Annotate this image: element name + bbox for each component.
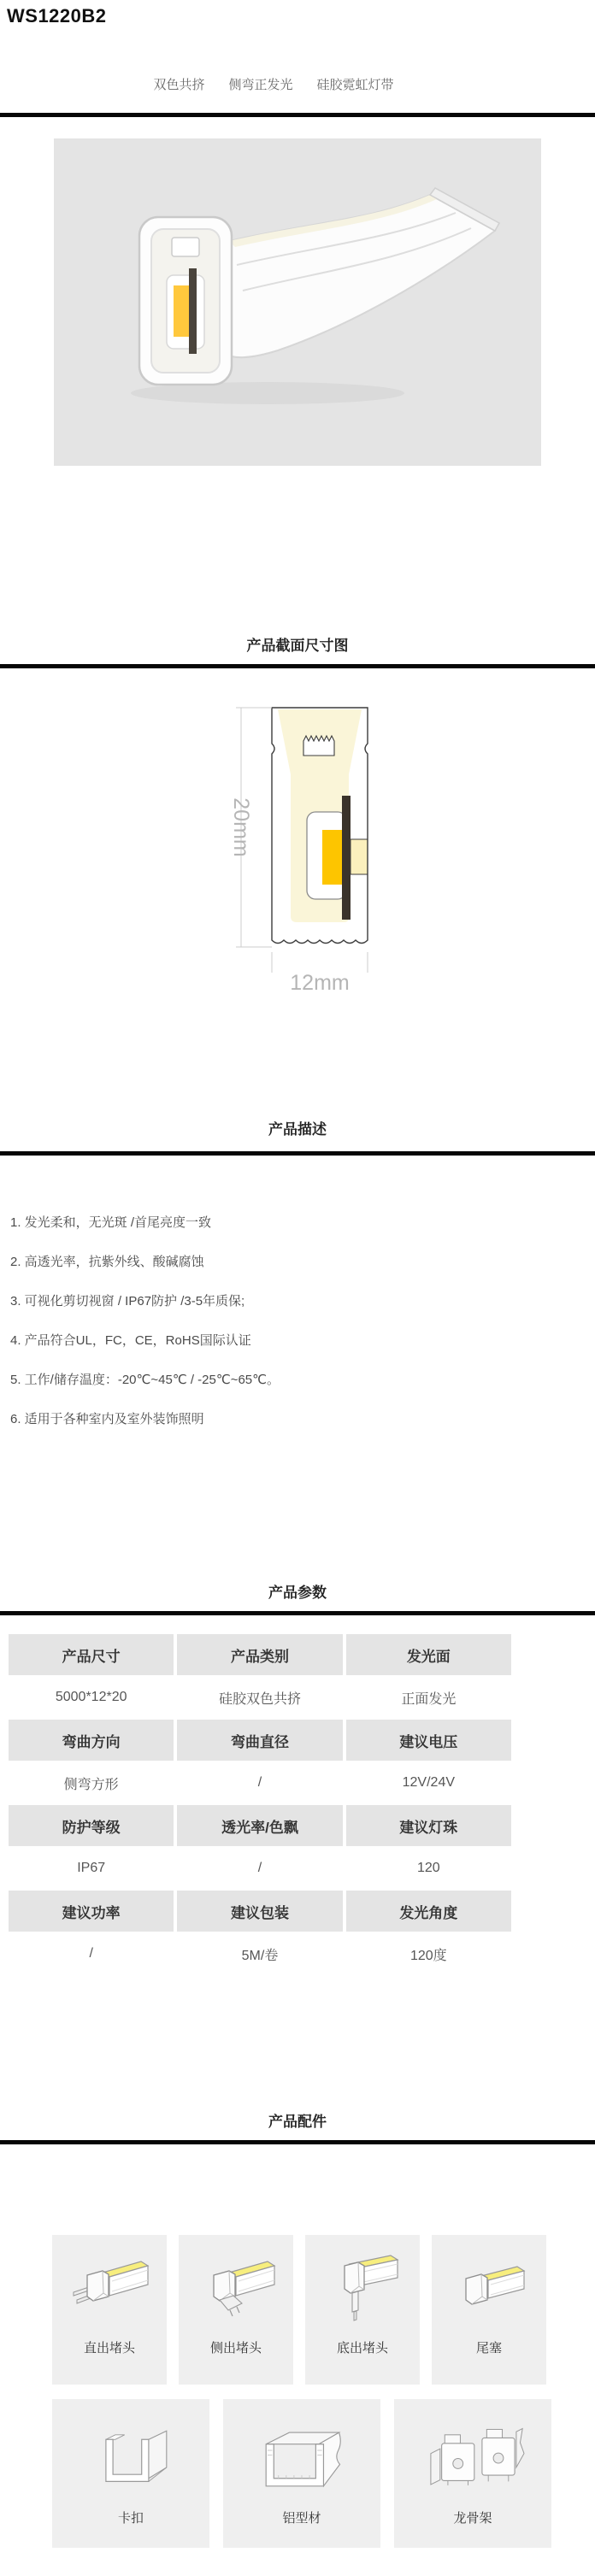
description-item: 4. 产品符合UL，FC，CE，RoHS国际认证 xyxy=(10,1321,280,1361)
accessory-label: 龙骨架 xyxy=(453,2508,492,2526)
accessories-row-1: 直出堵头 侧出堵头 底出堵头 xyxy=(52,2235,546,2385)
param-header: 发光角度 xyxy=(346,1891,511,1932)
param-value: 120度 xyxy=(346,1932,511,1976)
accessory-label: 尾塞 xyxy=(476,2338,502,2356)
height-dimension-label: 20mm xyxy=(229,797,253,856)
param-value: 120 xyxy=(346,1846,511,1891)
param-header: 发光面 xyxy=(346,1634,511,1675)
param-header: 透光率/色飘 xyxy=(177,1805,342,1846)
accessory-label: 底出堵头 xyxy=(337,2338,388,2356)
section-divider xyxy=(0,1151,595,1156)
hero-image-panel xyxy=(54,138,541,466)
accessory-tile: 龙骨架 xyxy=(394,2399,551,2548)
param-header: 建议电压 xyxy=(346,1720,511,1761)
side-exit-plug-icon xyxy=(189,2250,283,2332)
straight-exit-plug-icon xyxy=(62,2250,156,2332)
width-dimension-label: 12mm xyxy=(290,971,349,995)
end-cap-icon xyxy=(442,2250,536,2332)
keel-bracket-icon xyxy=(413,2416,533,2502)
param-value: 5000*12*20 xyxy=(9,1675,174,1720)
param-header: 建议包装 xyxy=(177,1891,342,1932)
param-header: 防护等级 xyxy=(9,1805,174,1846)
cross-section-drawing: 20mm 12mm xyxy=(212,703,383,997)
product-render-image xyxy=(54,138,541,466)
description-item: 6. 适用于各种室内及室外装饰照明 xyxy=(10,1400,280,1439)
section-divider xyxy=(0,2140,595,2144)
accessory-tile: 直出堵头 xyxy=(52,2235,167,2385)
bottom-exit-plug-icon xyxy=(315,2250,409,2332)
accessory-label: 铝型材 xyxy=(282,2508,321,2526)
section-title-parameters: 产品参数 xyxy=(0,1580,595,1602)
param-value: 侧弯方形 xyxy=(9,1761,174,1805)
section-divider xyxy=(0,113,595,117)
param-header: 弯曲直径 xyxy=(177,1720,342,1761)
clip-icon xyxy=(71,2416,191,2502)
accessory-label: 侧出堵头 xyxy=(210,2338,262,2356)
accessory-tile: 侧出堵头 xyxy=(179,2235,293,2385)
param-header: 产品尺寸 xyxy=(9,1634,174,1675)
accessory-tile: 卡扣 xyxy=(52,2399,209,2548)
description-item: 3. 可视化剪切视窗 / IP67防护 /3-5年质保; xyxy=(10,1282,280,1321)
accessory-label: 直出堵头 xyxy=(84,2338,135,2356)
section-title-description: 产品描述 xyxy=(0,1117,595,1138)
description-list: 1. 发光柔和，无光斑 /首尾亮度一致 2. 高透光率，抗紫外线、酸碱腐蚀 3.… xyxy=(10,1203,280,1439)
accessory-tile: 铝型材 xyxy=(223,2399,380,2548)
description-item: 5. 工作/储存温度：-20℃~45℃ / -25℃~65℃。 xyxy=(10,1361,280,1400)
cross-section-diagram: 20mm 12mm xyxy=(212,703,383,997)
section-divider xyxy=(0,664,595,668)
section-divider xyxy=(0,1611,595,1615)
section-title-accessories: 产品配件 xyxy=(0,2109,595,2131)
param-value: / xyxy=(177,1761,342,1805)
param-value: / xyxy=(177,1846,342,1891)
param-header: 弯曲方向 xyxy=(9,1720,174,1761)
param-value: IP67 xyxy=(9,1846,174,1891)
aluminum-profile-icon xyxy=(242,2416,362,2502)
accessory-tile: 底出堵头 xyxy=(305,2235,420,2385)
param-header: 建议灯珠 xyxy=(346,1805,511,1846)
section-title-dimension: 产品截面尺寸图 xyxy=(0,633,595,655)
tag-side-bend: 侧弯正发光 xyxy=(228,78,292,92)
param-value: 5M/卷 xyxy=(177,1932,342,1976)
param-value: 12V/24V xyxy=(346,1761,511,1805)
param-header: 产品类别 xyxy=(177,1634,342,1675)
accessory-label: 卡扣 xyxy=(118,2508,144,2526)
page-title: WS1220B2 xyxy=(7,5,107,27)
param-value: 硅胶双色共挤 xyxy=(177,1675,342,1720)
description-item: 2. 高透光率，抗紫外线、酸碱腐蚀 xyxy=(10,1243,280,1282)
product-tags: 双色共挤侧弯正发光硅胶霓虹灯带 xyxy=(0,75,547,93)
param-value: / xyxy=(9,1932,174,1976)
tag-silicone-neon: 硅胶霓虹灯带 xyxy=(317,78,394,92)
description-item: 1. 发光柔和，无光斑 /首尾亮度一致 xyxy=(10,1203,280,1243)
parameters-table: 产品尺寸 产品类别 发光面 5000*12*20 硅胶双色共挤 正面发光 弯曲方… xyxy=(9,1634,511,1976)
param-value: 正面发光 xyxy=(346,1675,511,1720)
param-header: 建议功率 xyxy=(9,1891,174,1932)
product-page: WS1220B2 双色共挤侧弯正发光硅胶霓虹灯带 产品截面尺寸图 xyxy=(0,0,595,2576)
accessory-tile: 尾塞 xyxy=(432,2235,546,2385)
accessories-row-2: 卡扣 铝型材 龙骨架 xyxy=(52,2399,551,2548)
tag-dual-color: 双色共挤 xyxy=(153,78,204,92)
